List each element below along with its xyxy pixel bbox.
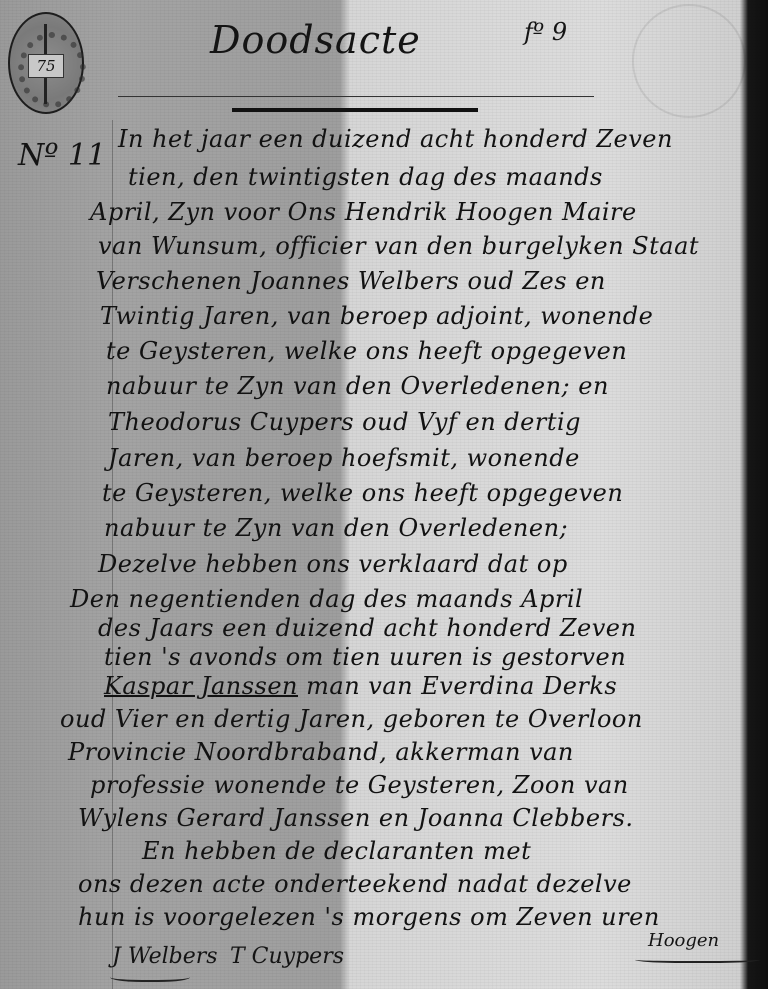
text-line: te Geysteren, welke ons heeft opgegeven xyxy=(102,479,623,507)
text-line: Twintig Jaren, van beroep adjoint, wonen… xyxy=(100,302,653,330)
faint-seal-impression xyxy=(632,4,746,118)
stamp-number: 75 xyxy=(28,54,64,78)
title-underline xyxy=(232,108,478,112)
text-line: Dezelve hebben ons verklaard dat op xyxy=(98,550,568,578)
text-line: tien, den twintigsten dag des maands xyxy=(128,163,603,191)
text-line: oud Vier en dertig Jaren, geboren te Ove… xyxy=(60,705,643,733)
text-line: Provincie Noordbraband, akkerman van xyxy=(68,738,574,766)
text-line: nabuur te Zyn van den Overledenen; xyxy=(104,514,568,542)
deceased-name: Kaspar Janssen xyxy=(104,672,298,700)
text-line: des Jaars een duizend acht honderd Zeven xyxy=(98,614,636,642)
civil-record-page: 75 Doodsacte fº 9 Nº 11 In het jaar een … xyxy=(0,0,768,989)
text-line: van Wunsum, officier van den burgelyken … xyxy=(98,232,699,260)
text-line: April, Zyn voor Ons Hendrik Hoogen Maire xyxy=(90,198,637,226)
text-line: Den negentienden dag des maands April xyxy=(70,585,583,613)
text-line: ons dezen acte onderteekend nadat dezelv… xyxy=(78,870,632,898)
text-line: Theodorus Cuypers oud Vyf en dertig xyxy=(108,408,581,436)
folio-value: 9 xyxy=(552,18,567,46)
title-rule xyxy=(118,96,594,97)
signature-cuypers: T Cuypers xyxy=(230,944,344,969)
spouse-text: man van Everdina Derks xyxy=(306,672,617,700)
text-line: nabuur te Zyn van den Overledenen; en xyxy=(106,372,609,400)
text-line: Verschenen Joannes Welbers oud Zes en xyxy=(96,267,606,295)
folio-prefix: fº xyxy=(524,18,544,46)
stamp-seal: 75 xyxy=(8,12,84,114)
signature-flourish xyxy=(110,970,190,982)
folio-number: fº 9 xyxy=(524,18,567,46)
text-line: professie wonende te Geysteren, Zoon van xyxy=(90,771,629,799)
text-line: te Geysteren, welke ons heeft opgegeven xyxy=(106,337,627,365)
text-line-deceased: Kaspar Janssen man van Everdina Derks xyxy=(104,672,617,700)
document-title: Doodsacte xyxy=(210,18,421,62)
text-line: tien 's avonds om tien uuren is gestorve… xyxy=(104,643,626,671)
text-line: In het jaar een duizend acht honderd Zev… xyxy=(118,125,673,153)
signature-welbers: J Welbers xyxy=(112,944,218,969)
text-line: Wylens Gerard Janssen en Joanna Clebbers… xyxy=(78,804,634,832)
signature-flourish xyxy=(635,955,760,963)
signature-hoogen: Hoogen xyxy=(648,930,719,951)
text-line: Jaren, van beroep hoefsmit, wonende xyxy=(108,444,580,472)
text-line: En hebben de declaranten met xyxy=(142,837,531,865)
register-number: Nº 11 xyxy=(18,138,106,173)
text-line: hun is voorgelezen 's morgens om Zeven u… xyxy=(78,903,660,931)
